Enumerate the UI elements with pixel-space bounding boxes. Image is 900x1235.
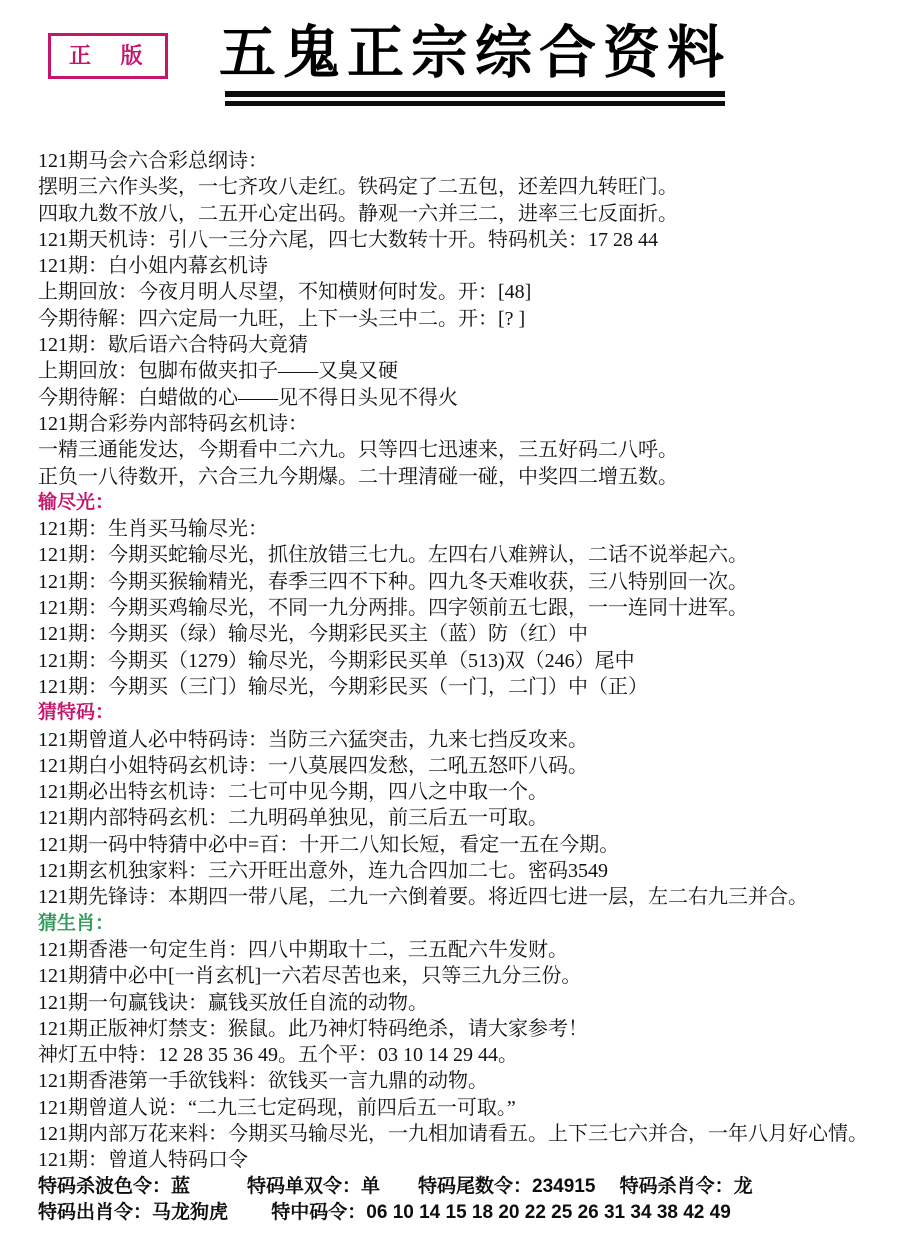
text-line: 121期一码中特猜中必中=百：十开二八知长短，看定一五在今期。 bbox=[38, 832, 872, 858]
title-underline-bottom bbox=[225, 101, 725, 106]
text-line: 121期：今期买（绿）输尽光，今期彩民买主（蓝）防（红）中 bbox=[38, 621, 872, 647]
text-line: 121期：今期买鸡输尽光，不同一九分两排。四字领前五七跟，一一连同十进军。 bbox=[38, 595, 872, 621]
text-line: 121期必出特玄机诗：二七可中见今期，四八之中取一个。 bbox=[38, 779, 872, 805]
text-line: 121期先锋诗：本期四一带八尾，二九一六倒着要。将近四七进一层，左二右九三并合。 bbox=[38, 884, 872, 910]
text-line: 神灯五中特：12 28 35 36 49。五个平：03 10 14 29 44。 bbox=[38, 1042, 872, 1068]
text-line: 121期内部万花来料：今期买马输尽光，一九相加请看五。上下三七六并合，一年八月好… bbox=[38, 1121, 872, 1147]
title-block: 五鬼正宗综合资料 bbox=[219, 0, 731, 106]
text-line: 121期合彩券内部特码玄机诗： bbox=[38, 411, 872, 437]
text-line: 摆明三六作头奖，一七齐攻八走红。铁码定了二五包，还差四九转旺门。 bbox=[38, 174, 872, 200]
text-line: 今期待解：白蜡做的心——见不得日头见不得火 bbox=[38, 385, 872, 411]
text-line: 猜生肖： bbox=[38, 911, 872, 937]
text-line: 121期一句赢钱诀：赢钱买放任自流的动物。 bbox=[38, 990, 872, 1016]
text-line: 121期：今期买蛇输尽光，抓住放错三七九。左四右八难辨认，二话不说举起六。 bbox=[38, 542, 872, 568]
text-line: 121期：今期买（1279）输尽光，今期彩民买单（513)双（246）尾中 bbox=[38, 648, 872, 674]
text-line: 121期曾道人说：“二九三七定码现，前四后五一可取。” bbox=[38, 1095, 872, 1121]
text-line: 121期：歇后语六合特码大竟猜 bbox=[38, 332, 872, 358]
text-line: 121期香港第一手欲钱料：欲钱买一言九鼎的动物。 bbox=[38, 1068, 872, 1094]
text-line: 121期马会六合彩总纲诗： bbox=[38, 148, 872, 174]
authentic-badge: 正 版 bbox=[48, 33, 168, 79]
text-line: 121期玄机独家料：三六开旺出意外，连九合四加二七。密码3549 bbox=[38, 858, 872, 884]
text-line: 121期：曾道人特码口令 bbox=[38, 1147, 872, 1173]
page-header: 正 版 五鬼正宗综合资料 bbox=[0, 0, 900, 132]
text-line: 121期：今期买（三门）输尽光，今期彩民买（一门，二门）中（正） bbox=[38, 674, 872, 700]
text-line: 121期天机诗：引八一三分六尾，四七大数转十开。特码机关：17 28 44 bbox=[38, 227, 872, 253]
page: 正 版 五鬼正宗综合资料 121期马会六合彩总纲诗：摆明三六作头奖，一七齐攻八走… bbox=[0, 0, 900, 1235]
text-line: 正负一八待数开，六合三九今期爆。二十理清碰一碰，中奖四二增五数。 bbox=[38, 464, 872, 490]
text-line: 猜特码： bbox=[38, 700, 872, 726]
text-line: 121期内部特码玄机：二九明码单独见，前三后五一可取。 bbox=[38, 805, 872, 831]
text-line: 四取九数不放八，二五开心定出码。静观一六并三二，进率三七反面折。 bbox=[38, 201, 872, 227]
page-title: 五鬼正宗综合资料 bbox=[219, 22, 731, 86]
text-line: 上期回放：包脚布做夹扣子——又臭又硬 bbox=[38, 358, 872, 384]
content-lines: 121期马会六合彩总纲诗：摆明三六作头奖，一七齐攻八走红。铁码定了二五包，还差四… bbox=[0, 132, 900, 1226]
text-line: 特码杀波色令：蓝 特码单双令：单 特码尾数令：234915 特码杀肖令：龙 bbox=[38, 1174, 872, 1200]
text-line: 上期回放：今夜月明人尽望，不知横财何时发。开：[48] bbox=[38, 279, 872, 305]
text-line: 121期：生肖买马输尽光： bbox=[38, 516, 872, 542]
title-underline-top bbox=[225, 91, 725, 97]
text-line: 今期待解：四六定局一九旺，上下一头三中二。开：[? ] bbox=[38, 306, 872, 332]
text-line: 特码出肖令：马龙狗虎 特中码令：06 10 14 15 18 20 22 25 … bbox=[38, 1200, 872, 1226]
text-line: 121期白小姐特码玄机诗：一八莫展四发愁，二吼五怒吓八码。 bbox=[38, 753, 872, 779]
text-line: 121期曾道人必中特码诗：当防三六猛突击，九来七挡反攻来。 bbox=[38, 727, 872, 753]
text-line: 一精三通能发达，今期看中二六九。只等四七迅速来，三五好码二八呼。 bbox=[38, 437, 872, 463]
text-line: 121期正版神灯禁支：猴鼠。此乃神灯特码绝杀，请大家参考！ bbox=[38, 1016, 872, 1042]
text-line: 121期猜中必中[一肖玄机]一六若尽苦也来，只等三九分三份。 bbox=[38, 963, 872, 989]
text-line: 输尽光： bbox=[38, 490, 872, 516]
text-line: 121期：今期买猴输精光，春季三四不下种。四九冬天难收获，三八特别回一次。 bbox=[38, 569, 872, 595]
text-line: 121期：白小姐内幕玄机诗 bbox=[38, 253, 872, 279]
text-line: 121期香港一句定生肖：四八中期取十二，三五配六牛发财。 bbox=[38, 937, 872, 963]
